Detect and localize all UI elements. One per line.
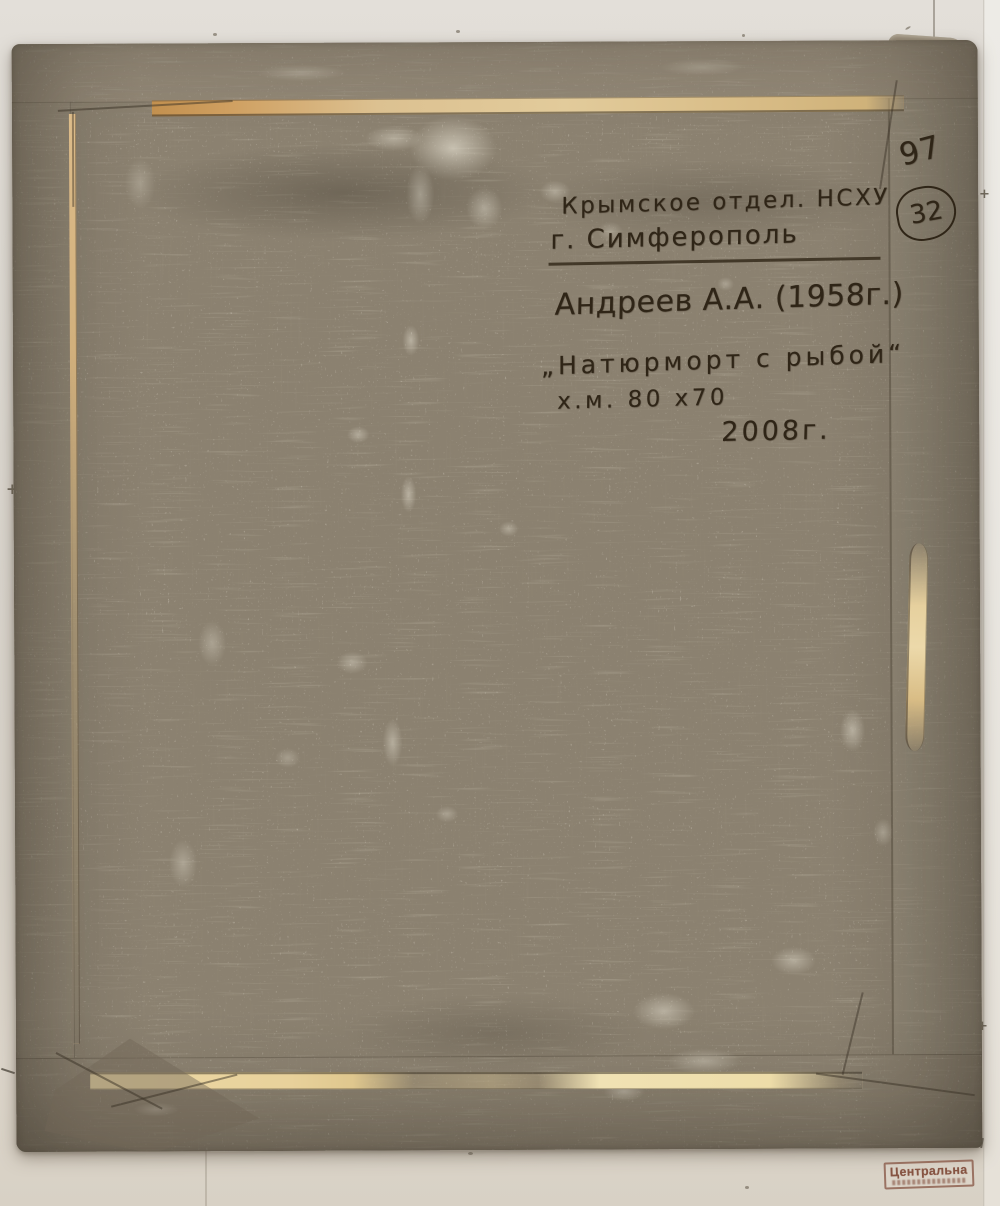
- wall-seam-bottom-left: [205, 1150, 207, 1206]
- inscription-medium-size: х.м. 80 х70: [557, 384, 728, 414]
- burlap-seam-top-left-vertical: [72, 112, 74, 207]
- inscription-year: 2008г.: [721, 415, 831, 448]
- gallery-stamp: Центральна: [884, 1159, 975, 1189]
- wall-speck: [742, 34, 745, 37]
- wall-plus-mark-right: +: [979, 188, 990, 201]
- wall-speck: [468, 1152, 473, 1155]
- wall-speck: [745, 1186, 749, 1189]
- canvas-back: Крымское отдел. НСХУ г. Симферополь Андр…: [12, 40, 983, 1152]
- wall-speck: [213, 33, 217, 36]
- circled-number-text: 32: [907, 195, 945, 230]
- photo-canvas-back-scene: + + +: [0, 0, 1000, 1206]
- stamp-text: Центральна: [890, 1163, 968, 1180]
- inscription-city: г. Симферополь: [550, 219, 799, 255]
- wall-speck: [456, 30, 460, 33]
